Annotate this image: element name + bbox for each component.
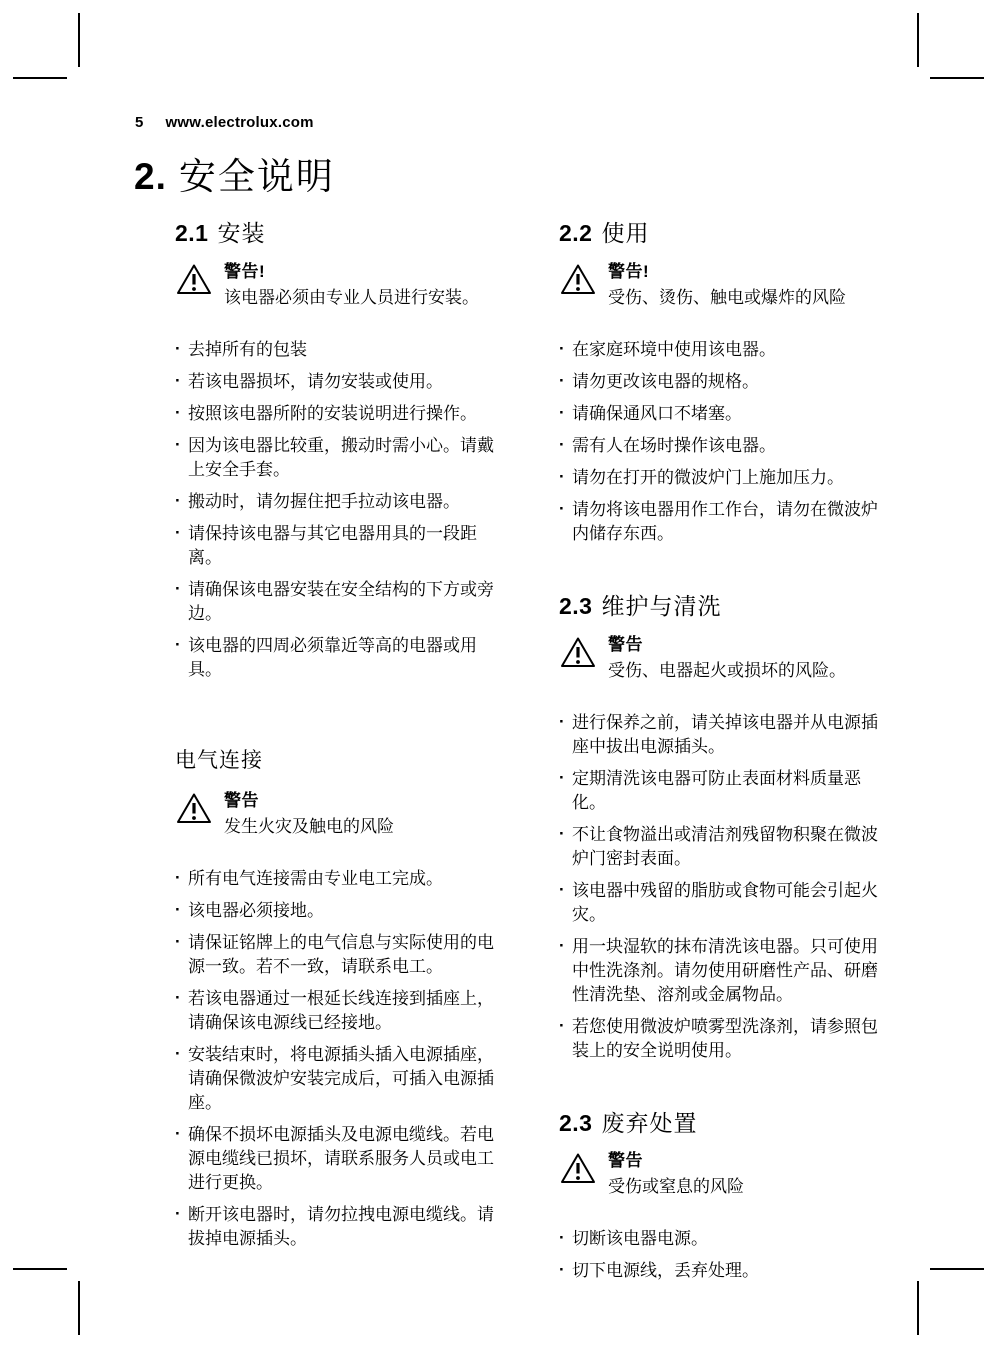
subsection-heading-electrical: 电气连接 xyxy=(175,744,523,774)
bullet-text: 切断该电器电源。 xyxy=(572,1229,708,1248)
bullet-list: ·进行保养之前，请关掉该电器并从电源插座中拔出电源插头。 ·定期清洗该电器可防止… xyxy=(559,711,907,1063)
bullet-dot: · xyxy=(559,934,565,958)
bullet-text: 若您使用微波炉喷雾型洗涤剂，请参照包装上的安全说明使用。 xyxy=(572,1017,878,1060)
section-title: 废弃处置 xyxy=(601,1109,697,1138)
chapter-number: 2. xyxy=(134,155,167,199)
bullet-dot: · xyxy=(175,521,181,545)
bullet-dot: · xyxy=(559,766,565,790)
bullet-text: 确保不损坏电源插头及电源电缆线。若电源电缆线已损坏，请联系服务人员或电工进行更换… xyxy=(188,1125,494,1192)
bullet-text: 若该电器通过一根延长线连接到插座上，请确保该电源线已经接地。 xyxy=(188,989,494,1032)
right-column: 2.2 使用 警告! 受伤、烫伤、触电或爆炸的风险 xyxy=(559,219,907,1291)
warning-label: 警告 xyxy=(224,788,394,814)
list-item: ·该电器必须接地。 xyxy=(175,899,510,923)
list-item: ·断开该电器时，请勿拉拽电源电缆线。请拔掉电源插头。 xyxy=(175,1203,510,1251)
bullet-dot: · xyxy=(559,369,565,393)
warning-description: 发生火灾及触电的风险 xyxy=(224,814,394,840)
bullet-text: 不让食物溢出或清洁剂残留物积聚在微波炉门密封表面。 xyxy=(572,825,878,868)
warning-triangle-icon xyxy=(559,632,597,684)
section-disposal: 2.3 废弃处置 警告 受伤或窒息的风险 xyxy=(559,1109,907,1284)
warning-block: 警告 受伤或窒息的风险 xyxy=(559,1148,907,1200)
chapter-title-text: 安全说明 xyxy=(179,155,335,199)
warning-block: 警告 发生火灾及触电的风险 xyxy=(175,788,523,840)
warning-block: 警告! 受伤、烫伤、触电或爆炸的风险 xyxy=(559,259,907,311)
bullet-text: 因为该电器比较重，搬动时需小心。请戴上安全手套。 xyxy=(188,436,494,479)
list-item: ·不让食物溢出或清洁剂残留物积聚在微波炉门密封表面。 xyxy=(559,823,894,871)
crop-mark-bottom-left-horizontal xyxy=(13,1268,67,1270)
page-number: 5 xyxy=(135,114,144,131)
bullet-text: 定期清洗该电器可防止表面材料质量恶化。 xyxy=(572,769,861,812)
list-item: ·该电器中残留的脂肪或食物可能会引起火灾。 xyxy=(559,879,894,927)
warning-text-block: 警告! 受伤、烫伤、触电或爆炸的风险 xyxy=(608,259,846,311)
crop-mark-bottom-right-vertical xyxy=(917,1281,919,1335)
list-item: ·所有电气连接需由专业电工完成。 xyxy=(175,867,510,891)
list-item: ·需有人在场时操作该电器。 xyxy=(559,434,894,458)
list-item: ·搬动时，请勿握住把手拉动该电器。 xyxy=(175,490,510,514)
section-number: 2.1 xyxy=(175,219,208,248)
section-title: 使用 xyxy=(601,219,649,248)
bullet-dot: · xyxy=(559,822,565,846)
bullet-text: 进行保养之前，请关掉该电器并从电源插座中拔出电源插头。 xyxy=(572,713,878,756)
bullet-dot: · xyxy=(175,1122,181,1146)
bullet-text: 请保持该电器与其它电器用具的一段距离。 xyxy=(188,524,477,567)
bullet-dot: · xyxy=(175,1042,181,1066)
list-item: ·定期清洗该电器可防止表面材料质量恶化。 xyxy=(559,767,894,815)
crop-mark-top-left-horizontal xyxy=(13,77,67,79)
list-item: ·按照该电器所附的安装说明进行操作。 xyxy=(175,402,510,426)
bullet-text: 在家庭环境中使用该电器。 xyxy=(572,340,776,359)
warning-triangle-icon xyxy=(175,788,213,840)
bullet-dot: · xyxy=(175,633,181,657)
list-item: ·请保持该电器与其它电器用具的一段距离。 xyxy=(175,522,510,570)
list-item: ·确保不损坏电源插头及电源电缆线。若电源电缆线已损坏，请联系服务人员或电工进行更… xyxy=(175,1123,510,1195)
list-item: ·请保证铭牌上的电气信息与实际使用的电源一致。若不一致，请联系电工。 xyxy=(175,931,510,979)
warning-label: 警告 xyxy=(608,1148,744,1174)
crop-mark-top-left-vertical xyxy=(78,13,80,67)
warning-text-block: 警告 受伤、电器起火或损坏的风险。 xyxy=(608,632,846,684)
bullet-dot: · xyxy=(559,1226,565,1250)
list-item: ·若您使用微波炉喷雾型洗涤剂，请参照包装上的安全说明使用。 xyxy=(559,1015,894,1063)
bullet-list: ·所有电气连接需由专业电工完成。 ·该电器必须接地。 ·请保证铭牌上的电气信息与… xyxy=(175,867,523,1251)
warning-label: 警告! xyxy=(608,259,846,285)
bullet-dot: · xyxy=(559,710,565,734)
bullet-list: ·去掉所有的包装 ·若该电器损坏，请勿安装或使用。 ·按照该电器所附的安装说明进… xyxy=(175,338,523,682)
bullet-text: 该电器必须接地。 xyxy=(188,901,324,920)
section-use: 2.2 使用 警告! 受伤、烫伤、触电或爆炸的风险 xyxy=(559,219,907,546)
bullet-dot: · xyxy=(175,1202,181,1226)
bullet-dot: · xyxy=(559,433,565,457)
list-item: ·若该电器损坏，请勿安装或使用。 xyxy=(175,370,510,394)
bullet-dot: · xyxy=(559,497,565,521)
list-item: ·切断该电器电源。 xyxy=(559,1227,894,1251)
warning-text-block: 警告 受伤或窒息的风险 xyxy=(608,1148,744,1200)
bullet-text: 需有人在场时操作该电器。 xyxy=(572,436,776,455)
bullet-dot: · xyxy=(559,1258,565,1282)
list-item: ·安装结束时，将电源插头插入电源插座，请确保微波炉安装完成后，可插入电源插座。 xyxy=(175,1043,510,1115)
bullet-dot: · xyxy=(175,898,181,922)
warning-triangle-icon xyxy=(559,1148,597,1200)
list-item: ·请确保通风口不堵塞。 xyxy=(559,402,894,426)
crop-mark-bottom-right-horizontal xyxy=(930,1268,984,1270)
manual-page: 5 www.electrolux.com 2. 安全说明 2.1 安装 xyxy=(0,0,996,1348)
bullet-text: 切下电源线，丢弃处理。 xyxy=(572,1261,759,1280)
bullet-text: 请勿在打开的微波炉门上施加压力。 xyxy=(572,468,844,487)
list-item: ·请确保该电器安装在安全结构的下方或旁边。 xyxy=(175,578,510,626)
list-item: ·请勿更改该电器的规格。 xyxy=(559,370,894,394)
bullet-text: 该电器的四周必须靠近等高的电器或用具。 xyxy=(188,636,477,679)
bullet-dot: · xyxy=(175,401,181,425)
bullet-text: 请勿更改该电器的规格。 xyxy=(572,372,759,391)
list-item: ·去掉所有的包装 xyxy=(175,338,510,362)
section-installation: 2.1 安装 警告! 该电器必须由专业人员进行安装。 xyxy=(175,219,523,1251)
bullet-text: 断开该电器时，请勿拉拽电源电缆线。请拔掉电源插头。 xyxy=(188,1205,494,1248)
bullet-text: 若该电器损坏，请勿安装或使用。 xyxy=(188,372,443,391)
bullet-text: 搬动时，请勿握住把手拉动该电器。 xyxy=(188,492,460,511)
crop-mark-top-right-vertical xyxy=(917,13,919,67)
section-care-cleaning: 2.3 维护与清洗 警告 受伤、电器起火或损坏的风险。 xyxy=(559,592,907,1063)
crop-mark-top-right-horizontal xyxy=(930,77,984,79)
section-heading: 2.2 使用 xyxy=(559,219,907,248)
bullet-text: 安装结束时，将电源插头插入电源插座，请确保微波炉安装完成后，可插入电源插座。 xyxy=(188,1045,494,1112)
crop-mark-bottom-left-vertical xyxy=(78,1281,80,1335)
bullet-text: 请勿将该电器用作工作台，请勿在微波炉内储存东西。 xyxy=(572,500,878,543)
warning-description: 受伤、电器起火或损坏的风险。 xyxy=(608,658,846,684)
section-title: 安装 xyxy=(217,219,265,248)
list-item: ·进行保养之前，请关掉该电器并从电源插座中拔出电源插头。 xyxy=(559,711,894,759)
section-number: 2.3 xyxy=(559,592,592,621)
bullet-dot: · xyxy=(175,986,181,1010)
bullet-dot: · xyxy=(559,337,565,361)
bullet-text: 请保证铭牌上的电气信息与实际使用的电源一致。若不一致，请联系电工。 xyxy=(188,933,494,976)
bullet-dot: · xyxy=(175,433,181,457)
bullet-list: ·切断该电器电源。 ·切下电源线，丢弃处理。 xyxy=(559,1227,907,1283)
warning-label: 警告! xyxy=(224,259,479,285)
warning-triangle-icon xyxy=(559,259,597,311)
section-heading: 2.3 维护与清洗 xyxy=(559,592,907,621)
bullet-dot: · xyxy=(175,930,181,954)
list-item: ·切下电源线，丢弃处理。 xyxy=(559,1259,894,1283)
section-number: 2.2 xyxy=(559,219,592,248)
website-url: www.electrolux.com xyxy=(166,114,314,131)
content-columns: 2.1 安装 警告! 该电器必须由专业人员进行安装。 xyxy=(175,219,907,1291)
bullet-dot: · xyxy=(559,878,565,902)
warning-block: 警告 受伤、电器起火或损坏的风险。 xyxy=(559,632,907,684)
warning-block: 警告! 该电器必须由专业人员进行安装。 xyxy=(175,259,523,311)
list-item: ·在家庭环境中使用该电器。 xyxy=(559,338,894,362)
bullet-dot: · xyxy=(559,465,565,489)
bullet-dot: · xyxy=(559,1014,565,1038)
bullet-dot: · xyxy=(175,369,181,393)
bullet-dot: · xyxy=(175,866,181,890)
section-title: 维护与清洗 xyxy=(601,592,721,621)
chapter-title: 2. 安全说明 xyxy=(134,155,335,199)
warning-text-block: 警告 发生火灾及触电的风险 xyxy=(224,788,394,840)
bullet-text: 请确保通风口不堵塞。 xyxy=(572,404,742,423)
bullet-text: 该电器中残留的脂肪或食物可能会引起火灾。 xyxy=(572,881,878,924)
bullet-dot: · xyxy=(175,489,181,513)
bullet-text: 按照该电器所附的安装说明进行操作。 xyxy=(188,404,477,423)
bullet-text: 用一块湿软的抹布清洗该电器。只可使用中性洗涤剂。请勿使用研磨性产品、研磨性清洗垫… xyxy=(572,937,878,1004)
page-header: 5 www.electrolux.com xyxy=(135,114,314,131)
bullet-text: 所有电气连接需由专业电工完成。 xyxy=(188,869,443,888)
warning-label: 警告 xyxy=(608,632,846,658)
bullet-text: 去掉所有的包装 xyxy=(188,340,307,359)
section-heading: 2.1 安装 xyxy=(175,219,523,248)
list-item: ·若该电器通过一根延长线连接到插座上，请确保该电源线已经接地。 xyxy=(175,987,510,1035)
list-item: ·该电器的四周必须靠近等高的电器或用具。 xyxy=(175,634,510,682)
left-column: 2.1 安装 警告! 该电器必须由专业人员进行安装。 xyxy=(175,219,523,1291)
bullet-dot: · xyxy=(175,337,181,361)
warning-description: 该电器必须由专业人员进行安装。 xyxy=(224,285,479,311)
bullet-dot: · xyxy=(559,401,565,425)
list-item: ·请勿将该电器用作工作台，请勿在微波炉内储存东西。 xyxy=(559,498,894,546)
warning-description: 受伤、烫伤、触电或爆炸的风险 xyxy=(608,285,846,311)
list-item: ·用一块湿软的抹布清洗该电器。只可使用中性洗涤剂。请勿使用研磨性产品、研磨性清洗… xyxy=(559,935,894,1007)
list-item: ·请勿在打开的微波炉门上施加压力。 xyxy=(559,466,894,490)
bullet-text: 请确保该电器安装在安全结构的下方或旁边。 xyxy=(188,580,494,623)
bullet-dot: · xyxy=(175,577,181,601)
warning-triangle-icon xyxy=(175,259,213,311)
list-item: ·因为该电器比较重，搬动时需小心。请戴上安全手套。 xyxy=(175,434,510,482)
warning-text-block: 警告! 该电器必须由专业人员进行安装。 xyxy=(224,259,479,311)
bullet-list: ·在家庭环境中使用该电器。 ·请勿更改该电器的规格。 ·请确保通风口不堵塞。 ·… xyxy=(559,338,907,546)
section-heading: 2.3 废弃处置 xyxy=(559,1109,907,1138)
section-number: 2.3 xyxy=(559,1109,592,1138)
warning-description: 受伤或窒息的风险 xyxy=(608,1174,744,1200)
